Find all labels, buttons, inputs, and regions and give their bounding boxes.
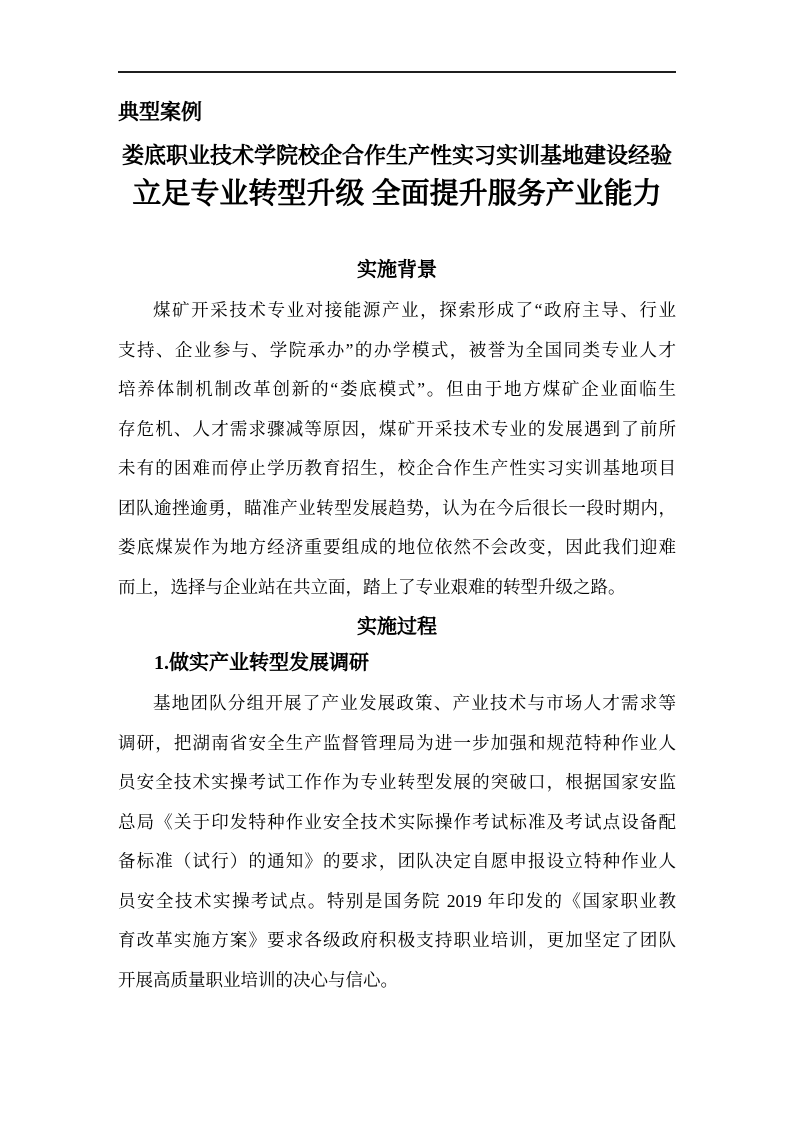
text-line: 团队逾挫逾勇，瞄准产业转型发展趋势，认为在今后很长一段时期内， bbox=[118, 489, 676, 529]
paragraph-background: 煤矿开采技术专业对接能源产业，探索形成了“政府主导、行业支持、企业参与、学院承办… bbox=[118, 291, 676, 607]
text-line: 未有的困难而停止学历教育招生，校企合作生产性实习实训基地项目 bbox=[118, 449, 676, 489]
text-line: 备标准（试行）的通知》的要求，团队决定自愿申报设立特种作业人 bbox=[118, 842, 676, 882]
text-line: 总局《关于印发特种作业安全技术实际操作考试标准及考试点设备配 bbox=[118, 803, 676, 843]
text-line: 开展高质量职业培训的决心与信心。 bbox=[118, 961, 676, 1001]
text-line: 培养体制机制改革创新的“娄底模式”。但由于地方煤矿企业面临生 bbox=[118, 370, 676, 410]
document-page: 典型案例 娄底职业技术学院校企合作生产性实习实训基地建设经验 立足专业转型升级 … bbox=[0, 0, 793, 1122]
text-line: 而上，选择与企业站在共立面，踏上了专业艰难的转型升级之路。 bbox=[118, 568, 676, 608]
text-line: 基地团队分组开展了产业发展政策、产业技术与市场人才需求等 bbox=[118, 684, 676, 724]
eyebrow-heading: 典型案例 bbox=[118, 99, 676, 125]
text-line: 娄底煤炭作为地方经济重要组成的地位依然不会改变，因此我们迎难 bbox=[118, 528, 676, 568]
section-heading-implementation-background: 实施背景 bbox=[118, 258, 676, 282]
subsection-heading-research: 1.做实产业转型发展调研 bbox=[118, 651, 676, 675]
document-title: 立足专业转型升级 全面提升服务产业能力 bbox=[118, 176, 676, 212]
header-rule bbox=[118, 71, 676, 73]
text-line: 存危机、人才需求骤减等原因，煤矿开采技术专业的发展遇到了前所 bbox=[118, 410, 676, 450]
text-line: 育改革实施方案》要求各级政府积极支持职业培训，更加坚定了团队 bbox=[118, 921, 676, 961]
document-subtitle: 娄底职业技术学院校企合作生产性实习实训基地建设经验 bbox=[118, 142, 676, 169]
text-line: 支持、企业参与、学院承办”的办学模式，被誉为全国同类专业人才 bbox=[118, 331, 676, 371]
text-line: 煤矿开采技术专业对接能源产业，探索形成了“政府主导、行业 bbox=[118, 291, 676, 331]
text-line: 员安全技术实操考试工作作为专业转型发展的突破口，根据国家安监 bbox=[118, 763, 676, 803]
section-heading-implementation-process: 实施过程 bbox=[118, 615, 676, 639]
paragraph-research: 基地团队分组开展了产业发展政策、产业技术与市场人才需求等调研，把湖南省安全生产监… bbox=[118, 684, 676, 1000]
text-line: 员安全技术实操考试点。特别是国务院 2019 年印发的《国家职业教 bbox=[118, 882, 676, 922]
text-line: 调研，把湖南省安全生产监督管理局为进一步加强和规范特种作业人 bbox=[118, 724, 676, 764]
